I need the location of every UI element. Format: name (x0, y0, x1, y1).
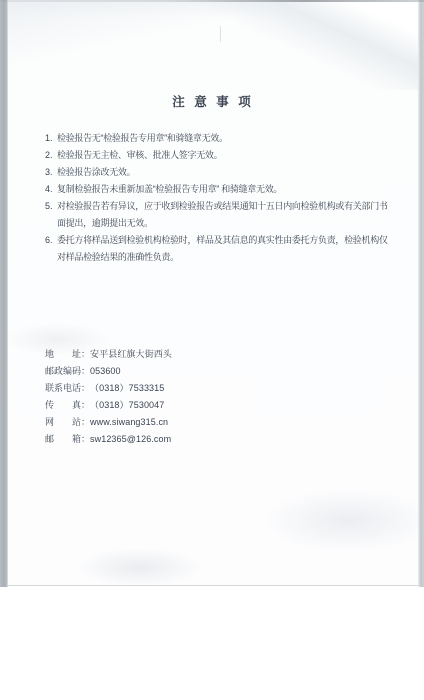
note-number: 3. (45, 164, 57, 181)
note-item: 5. 对检验报告若有异议，应于收到检验报告或结果通知十五日内向检验机构或有关部门… (45, 198, 395, 232)
contact-separator: ： (81, 414, 90, 431)
contact-value-phone: （0318）7533315 (90, 380, 164, 397)
paper-sheet: 注 意 事 项 1. 检验报告无“检验报告专用章”和骑缝章无效。 2. 检验报告… (8, 0, 418, 586)
note-text: 检验报告无主检、审核、批准人签字无效。 (57, 147, 395, 164)
contact-separator: ： (81, 397, 90, 414)
contact-row-address: 地址 ： 安平县红旗大街西头 (45, 346, 172, 363)
contact-label: 地址 (45, 346, 81, 363)
contact-label: 邮箱 (45, 431, 81, 448)
contact-info-block: 地址 ： 安平县红旗大街西头 邮政编码 ： 053600 联系电话 ： （031… (45, 346, 172, 448)
contact-value-email: sw12365@126.com (90, 431, 171, 448)
contact-row-postcode: 邮政编码 ： 053600 (45, 363, 172, 380)
paper-curl-highlight (208, 0, 418, 90)
contact-separator: ： (81, 363, 90, 380)
contact-value-postcode: 053600 (90, 363, 121, 380)
note-number: 1. (45, 130, 57, 147)
note-text: 委托方将样品送到检验机构检验时，样品及其信息的真实性由委托方负责，检验机构仅对样… (57, 232, 395, 266)
scanner-edge-right (418, 0, 424, 587)
note-item: 3. 检验报告涂改无效。 (45, 164, 395, 181)
contact-row-fax: 传真 ： （0318）7530047 (45, 397, 172, 414)
note-text: 对检验报告若有异议，应于收到检验报告或结果通知十五日内向检验机构或有关部门书面提… (57, 198, 395, 232)
paper-crease-mark (220, 26, 221, 42)
note-number: 4. (45, 181, 57, 198)
note-item: 4. 复制检验报告未重新加盖“检验报告专用章” 和骑缝章无效。 (45, 181, 395, 198)
scanner-edge-top (0, 0, 424, 2)
note-text: 复制检验报告未重新加盖“检验报告专用章” 和骑缝章无效。 (57, 181, 395, 198)
note-text: 检验报告无“检验报告专用章”和骑缝章无效。 (57, 130, 395, 147)
contact-label: 联系电话 (45, 380, 81, 397)
contact-row-phone: 联系电话 ： （0318）7533315 (45, 380, 172, 397)
note-item: 1. 检验报告无“检验报告专用章”和骑缝章无效。 (45, 130, 395, 147)
note-number: 6. (45, 232, 57, 266)
scanner-edge-left (0, 0, 8, 587)
contact-value-website: www.siwang315.cn (90, 414, 168, 431)
contact-row-website: 网站 ： www.siwang315.cn (45, 414, 172, 431)
contact-separator: ： (81, 380, 90, 397)
note-item: 6. 委托方将样品送到检验机构检验时，样品及其信息的真实性由委托方负责，检验机构… (45, 232, 395, 266)
scanned-document-page: 注 意 事 项 1. 检验报告无“检验报告专用章”和骑缝章无效。 2. 检验报告… (0, 0, 424, 700)
contact-separator: ： (81, 431, 90, 448)
note-number: 2. (45, 147, 57, 164)
contact-separator: ： (81, 346, 90, 363)
page-title: 注 意 事 项 (8, 92, 418, 110)
contact-value-fax: （0318）7530047 (90, 397, 164, 414)
note-item: 2. 检验报告无主检、审核、批准人签字无效。 (45, 147, 395, 164)
note-text: 检验报告涂改无效。 (57, 164, 395, 181)
note-number: 5. (45, 198, 57, 232)
contact-label: 邮政编码 (45, 363, 81, 380)
contact-label: 网站 (45, 414, 81, 431)
contact-value-address: 安平县红旗大街西头 (90, 346, 172, 363)
contact-label: 传真 (45, 397, 81, 414)
notes-list: 1. 检验报告无“检验报告专用章”和骑缝章无效。 2. 检验报告无主检、审核、批… (45, 130, 395, 266)
contact-row-email: 邮箱 ： sw12365@126.com (45, 431, 172, 448)
